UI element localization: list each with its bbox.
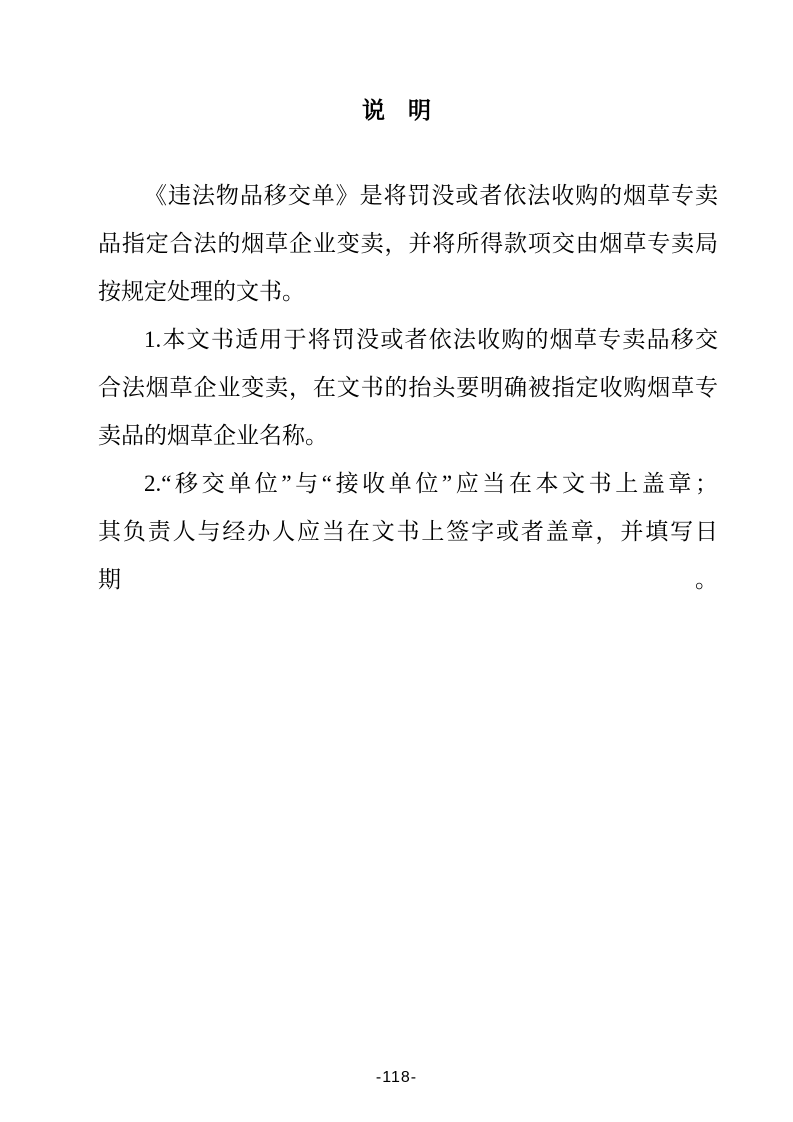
paragraph-3-line-1: 2.“移交单位”与“接收单位”应当在本文书上盖章； — [98, 460, 718, 508]
page-number: -118- — [0, 1068, 793, 1088]
document-page: 说 明 《违法物品移交单》是将罚没或者依法收购的烟草专卖 品指定合法的烟草企业变… — [0, 0, 793, 1122]
paragraph-2-line-2: 合法烟草企业变卖，在文书的抬头要明确被指定收购烟草专 — [98, 364, 718, 412]
paragraph-2-line-3: 卖品的烟草企业名称。 — [98, 412, 718, 460]
paragraph-1-line-1: 《违法物品移交单》是将罚没或者依法收购的烟草专卖 — [98, 172, 718, 220]
doc-title: 说 明 — [0, 95, 793, 127]
doc-body: 《违法物品移交单》是将罚没或者依法收购的烟草专卖 品指定合法的烟草企业变卖，并将… — [98, 172, 718, 604]
paragraph-1-line-2: 品指定合法的烟草企业变卖，并将所得款项交由烟草专卖局 — [98, 220, 718, 268]
paragraph-3-line-2: 其负责人与经办人应当在文书上签字或者盖章，并填写日期。 — [98, 508, 718, 604]
paragraph-1-line-3: 按规定处理的文书。 — [98, 268, 718, 316]
paragraph-2-line-1: 1.本文书适用于将罚没或者依法收购的烟草专卖品移交 — [98, 316, 718, 364]
